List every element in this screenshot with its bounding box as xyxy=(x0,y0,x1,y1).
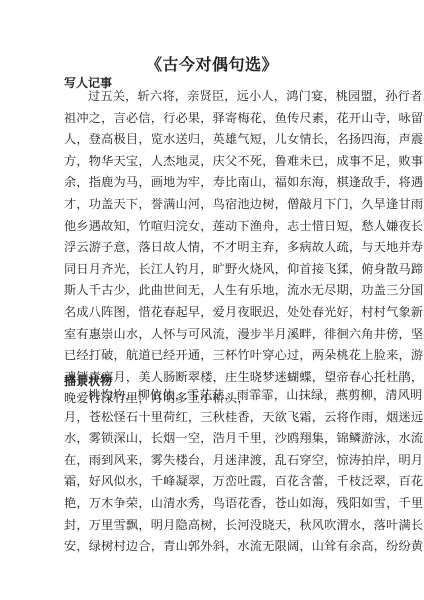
text-line: 安，绿树村边合，青山郭外斜，水流无限阔，山耸有余高，纷纷黄叶 xyxy=(64,536,354,558)
document-page: 《古今对偶句选》 写人记事 过五关，斩六将，亲贤臣，远小人，鸿门宴，桃园盟，孙行… xyxy=(0,0,424,600)
text-line: 浮云游子意，落日故人情，不才明主弃，多病故人疏，与天地并寿， xyxy=(64,237,354,259)
text-line: 室有惠崇山水，人怀与可风流，漫步半月溪畔，徘徊六角井傍，坚冰 xyxy=(64,324,354,346)
text-line: 过五关，斩六将，亲贤臣，远小人，鸿门宴，桃园盟，孙行者， xyxy=(64,86,354,108)
text-line: 霜，好风似水，千峰凝翠，万峦吐霞，百花含蕾，千枝泛翠，百花吐 xyxy=(64,471,354,493)
text-line: 方，物华天宝，人杰地灵，庆父不死，鲁难未已，成事不足，败事有 xyxy=(64,151,354,173)
text-line: 他乡遇故知，竹喧归浣女，莲动下渔舟，志士惜日短，愁人嫌夜长， xyxy=(64,216,354,238)
text-line: 同日月齐光，长江人钓月，旷野火烧风，仰首接飞猱，俯身散马蹄， xyxy=(64,259,354,281)
text-line: 在，雨到风来，雾失楼台，月迷津渡，乱石穿空，惊涛拍岸，明月如 xyxy=(64,450,354,472)
section-body-people-events: 过五关，斩六将，亲贤臣，远小人，鸿门宴，桃园盟，孙行者， 祖冲之，言必信，行必果… xyxy=(64,86,354,410)
text-line: 余，指鹿为马，画地为牢，寿比南山，福如东海，棋逢敌手，将遇良 xyxy=(64,172,354,194)
text-line: 斯人千古少，此曲世间无，人生有乐地，流水无尽期，功盖三分国， xyxy=(64,280,354,302)
text-line: 祖冲之，言必信，行必果，驿寄梅花，鱼传尺素，花开山寺，咏留诗 xyxy=(64,108,354,130)
text-line: 桃灼灼，柳依依，雪茫茫，雨霏霏，山抹绿，燕剪柳，清风明 xyxy=(64,385,354,407)
text-line: 月，苍松怪石十里荷红，三秋桂香，天欲飞霜，云将作雨，烟迷远 xyxy=(64,407,354,429)
document-title: 《古今对偶句选》 xyxy=(0,52,424,75)
text-line: 艳，万木争荣，山清水秀，鸟语花香，苍山如海，残阳如雪，千里冰 xyxy=(64,493,354,515)
text-line: 水，雾锁深山，长烟一空，浩月千里，沙鸥翔集，锦鳞游泳，水流云 xyxy=(64,428,354,450)
text-line: 封，万里雪飘，明月隐高树，长河没晓天，秋风吹渭水，落叶满长 xyxy=(64,515,354,537)
text-line: 名成八阵图，惜花春起早，爱月夜眠迟，处处春光好，村村气象新， xyxy=(64,302,354,324)
text-line: 已经打破，航道已经开通，三杯竹叶穿心过，两朵桃花上脸来，游子 xyxy=(64,345,354,367)
text-line: 人，登高极目，览水送归，英雄气短，儿女情长，名扬四海，声震八 xyxy=(64,129,354,151)
text-line: 才，功盖天下，誉满山河，鸟宿池边树，僧敲月下门，久旱逢甘雨， xyxy=(64,194,354,216)
section-body-scenery: 桃灼灼，柳依依，雪茫茫，雨霏霏，山抹绿，燕剪柳，清风明 月，苍松怪石十里荷红，三… xyxy=(64,385,354,558)
